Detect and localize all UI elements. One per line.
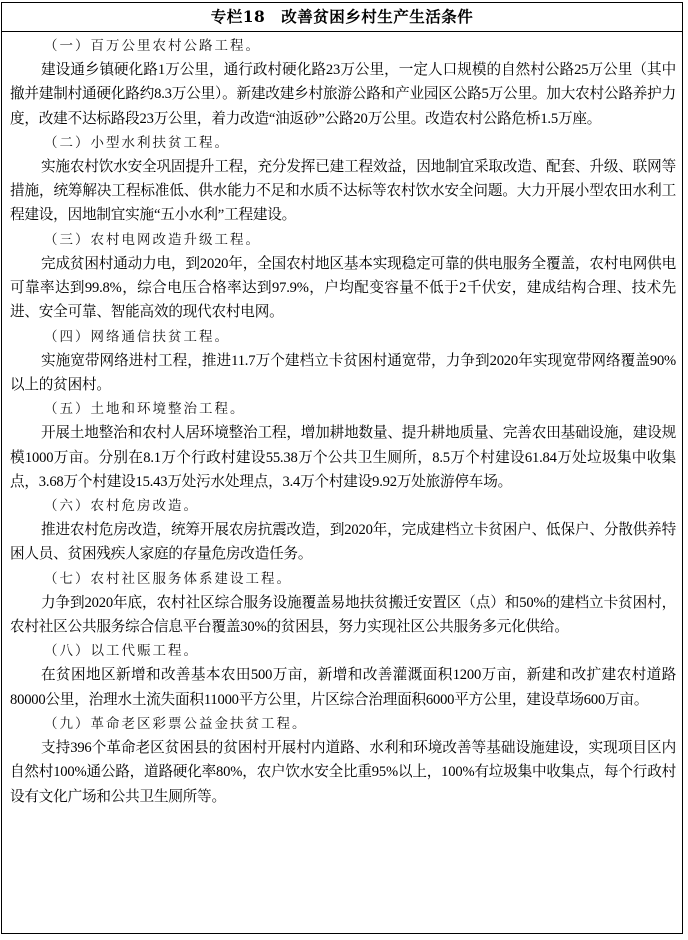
- column-content: （一）百万公里农村公路工程。 建设通乡镇硬化路1万公里，通行政村硬化路23万公里…: [2, 32, 682, 809]
- section-heading: （五）土地和环境整治工程。: [10, 397, 676, 421]
- section-body: 推进农村危房改造，统筹开展农房抗震改造，到2020年，完成建档立卡贫困户、低保户…: [10, 518, 676, 567]
- section-heading: （六）农村危房改造。: [10, 494, 676, 518]
- column-box: 专栏18 改善贫困乡村生产生活条件 （一）百万公里农村公路工程。 建设通乡镇硬化…: [1, 2, 683, 934]
- section-9: （九）革命老区彩票公益金扶贫工程。 支持396个革命老区贫困县的贫困村开展村内道…: [10, 712, 676, 809]
- section-heading: （二）小型水利扶贫工程。: [10, 131, 676, 155]
- section-heading: （一）百万公里农村公路工程。: [10, 34, 676, 58]
- section-body: 支持396个革命老区贫困县的贫困村开展村内道路、水利和环境改善等基础设施建设，实…: [10, 736, 676, 809]
- section-heading: （八）以工代赈工程。: [10, 639, 676, 663]
- section-body: 建设通乡镇硬化路1万公里，通行政村硬化路23万公里，一定人口规模的自然村公路25…: [10, 58, 676, 131]
- section-1: （一）百万公里农村公路工程。 建设通乡镇硬化路1万公里，通行政村硬化路23万公里…: [10, 34, 676, 131]
- section-8: （八）以工代赈工程。 在贫困地区新增和改善基本农田500万亩，新增和改善灌溉面积…: [10, 639, 676, 712]
- section-body: 完成贫困村通动力电，到2020年，全国农村地区基本实现稳定可靠的供电服务全覆盖，…: [10, 252, 676, 325]
- section-heading: （三）农村电网改造升级工程。: [10, 228, 676, 252]
- section-2: （二）小型水利扶贫工程。 实施农村饮水安全巩固提升工程，充分发挥已建工程效益，因…: [10, 131, 676, 228]
- section-7: （七）农村社区服务体系建设工程。 力争到2020年底，农村社区综合服务设施覆盖易…: [10, 567, 676, 640]
- section-body: 实施农村饮水安全巩固提升工程，充分发挥已建工程效益，因地制宜采取改造、配套、升级…: [10, 155, 676, 228]
- section-body: 开展土地整治和农村人居环境整治工程，增加耕地数量、提升耕地质量、完善农田基础设施…: [10, 421, 676, 494]
- section-body: 力争到2020年底，农村社区综合服务设施覆盖易地扶贫搬迁安置区（点）和50%的建…: [10, 591, 676, 640]
- section-3: （三）农村电网改造升级工程。 完成贫困村通动力电，到2020年，全国农村地区基本…: [10, 228, 676, 325]
- column-title: 专栏18 改善贫困乡村生产生活条件: [2, 3, 682, 32]
- section-body: 实施宽带网络进村工程，推进11.7万个建档立卡贫困村通宽带，力争到2020年实现…: [10, 349, 676, 398]
- section-heading: （四）网络通信扶贫工程。: [10, 325, 676, 349]
- section-4: （四）网络通信扶贫工程。 实施宽带网络进村工程，推进11.7万个建档立卡贫困村通…: [10, 325, 676, 398]
- section-heading: （九）革命老区彩票公益金扶贫工程。: [10, 712, 676, 736]
- section-heading: （七）农村社区服务体系建设工程。: [10, 567, 676, 591]
- section-6: （六）农村危房改造。 推进农村危房改造，统筹开展农房抗震改造，到2020年，完成…: [10, 494, 676, 567]
- section-body: 在贫困地区新增和改善基本农田500万亩，新增和改善灌溉面积1200万亩，新建和改…: [10, 663, 676, 712]
- section-5: （五）土地和环境整治工程。 开展土地整治和农村人居环境整治工程，增加耕地数量、提…: [10, 397, 676, 494]
